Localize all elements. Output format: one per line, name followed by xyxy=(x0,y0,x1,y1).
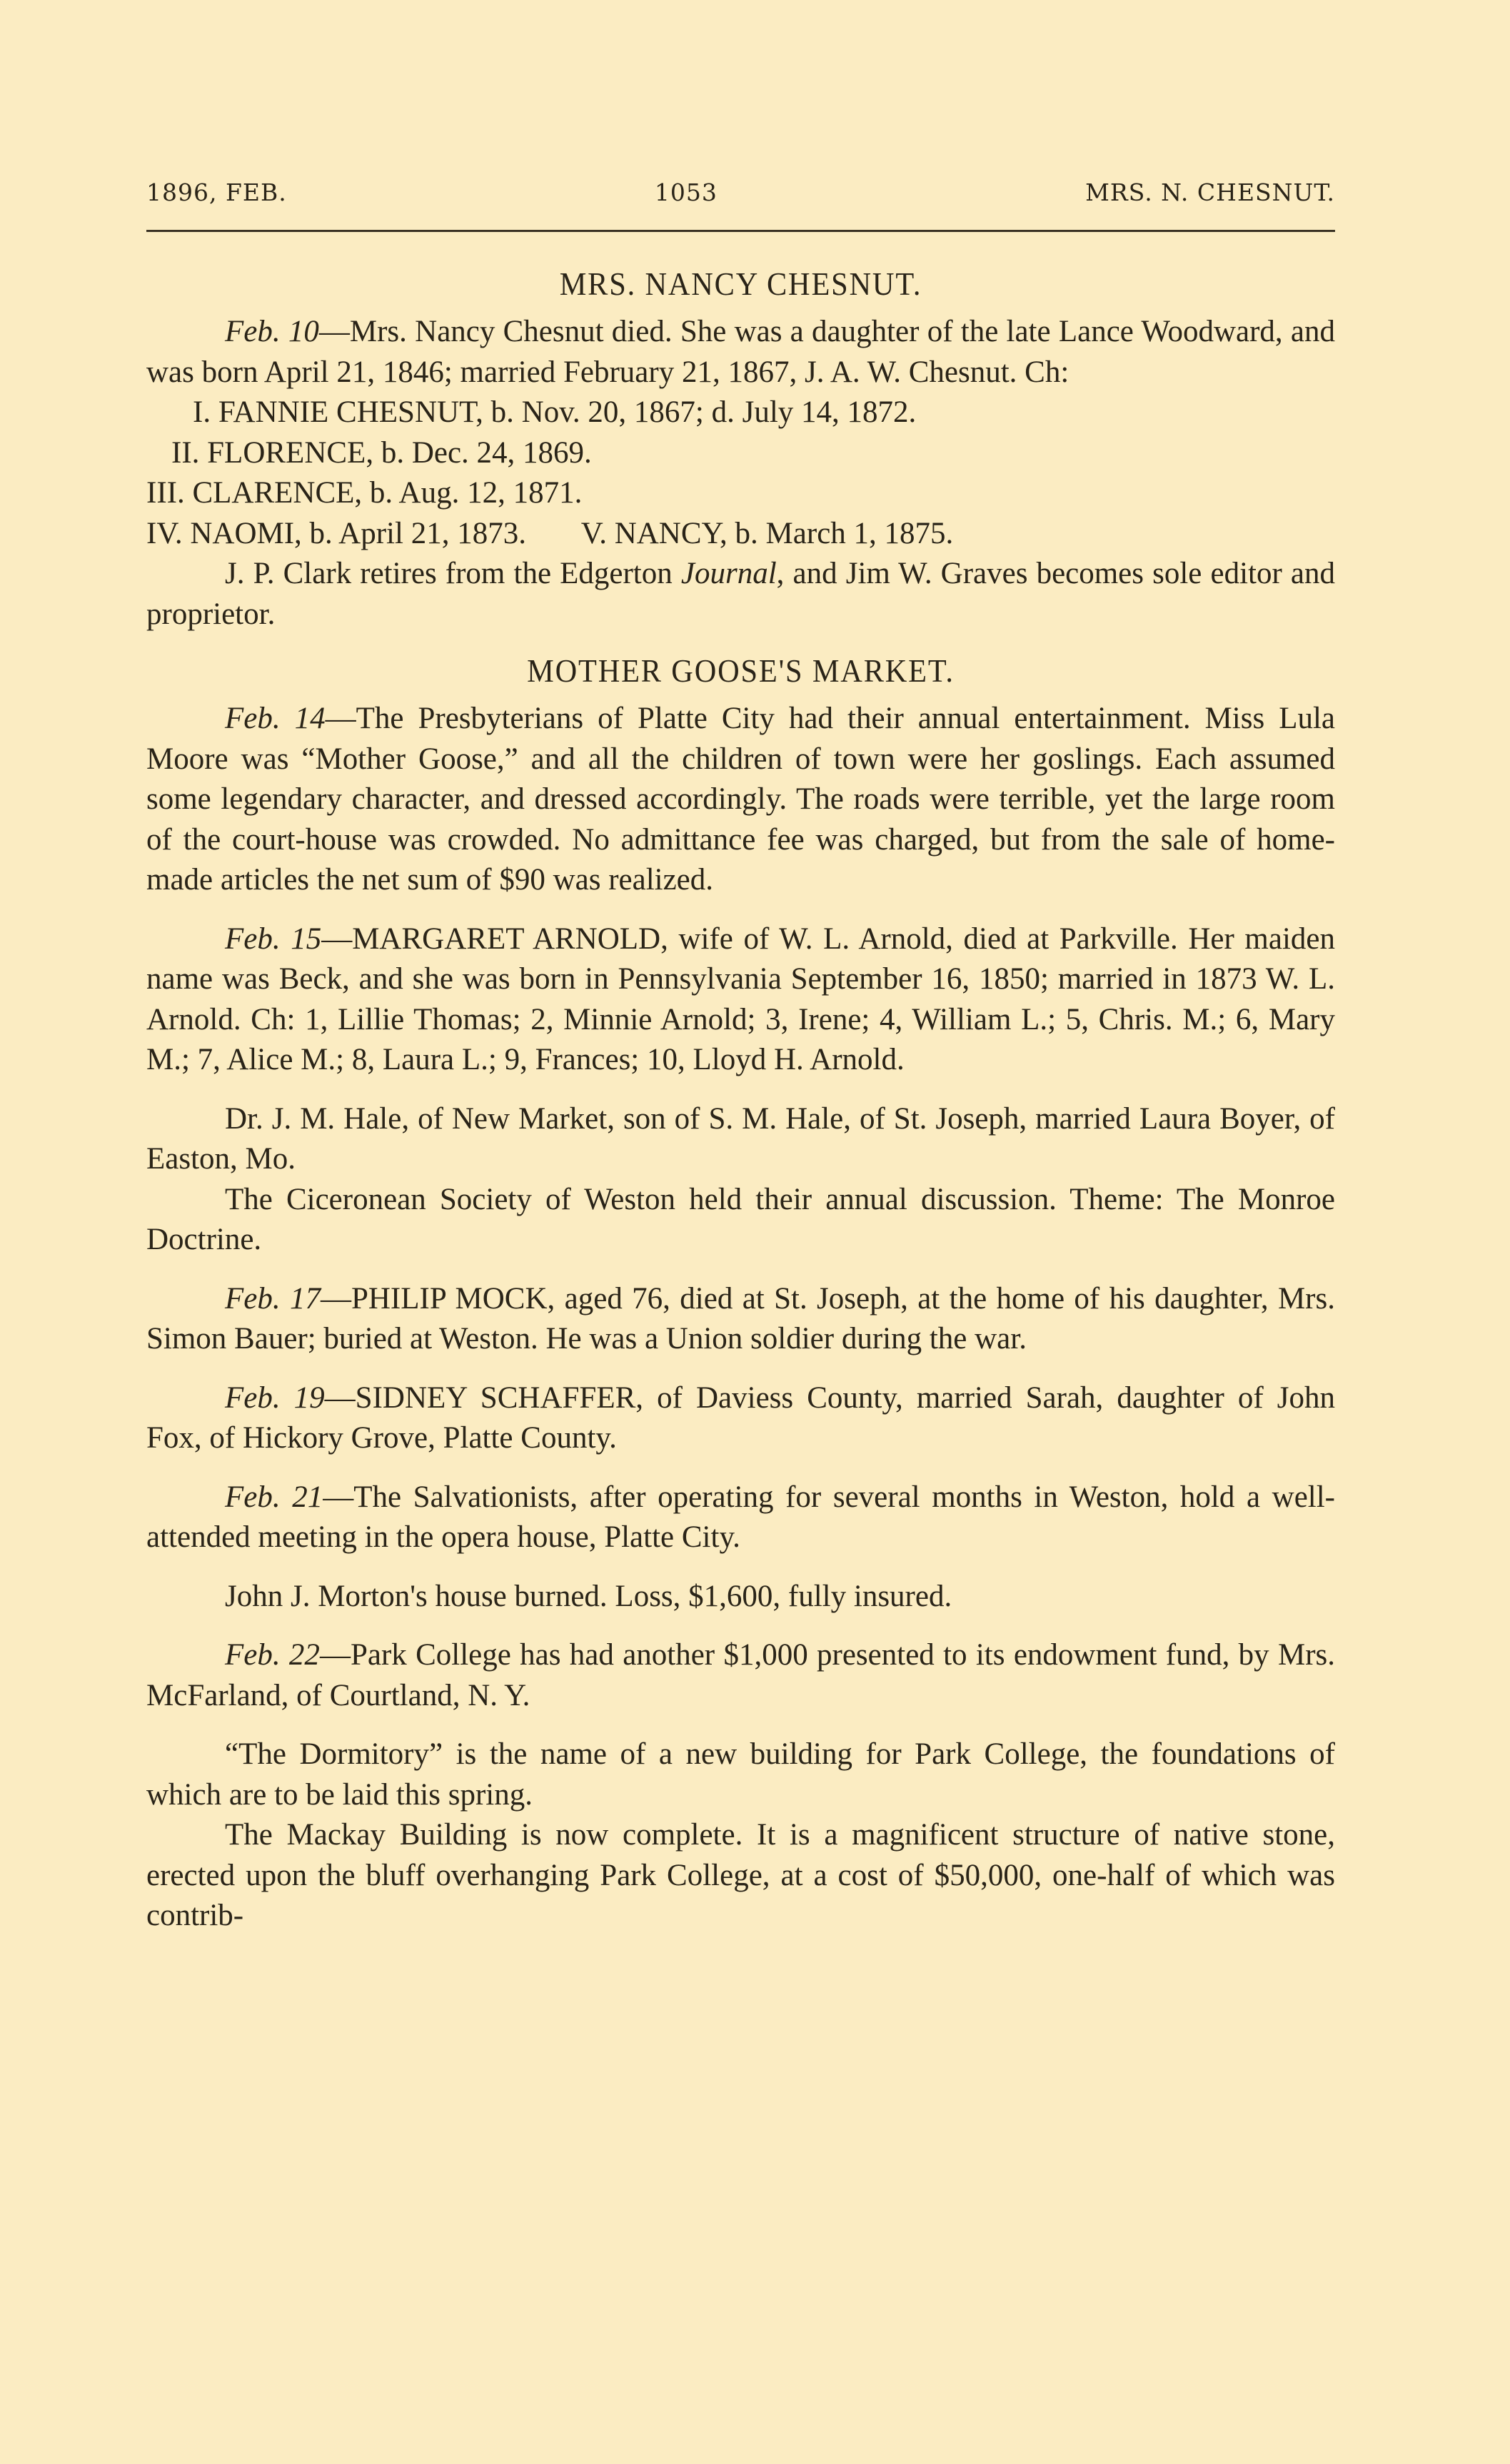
entry-feb-21: Feb. 21—The Salvationists, after operati… xyxy=(146,1478,1335,1558)
header-rule xyxy=(146,230,1335,232)
entry-text: The Mackay Building is now complete. It … xyxy=(146,1818,1335,1932)
entry-text: —PHILIP MOCK, aged 76, died at St. Josep… xyxy=(146,1282,1335,1356)
entry-feb-15: Feb. 15—MARGARET ARNOLD, wife of W. L. A… xyxy=(146,919,1335,1081)
section-title-chesnut: MRS. NANCY CHESNUT. xyxy=(194,263,1288,305)
page-number: 1053 xyxy=(655,178,718,206)
entry-feb-19: Feb. 19—SIDNEY SCHAFFER, of Daviess Coun… xyxy=(146,1378,1335,1459)
entry-journal-note: J. P. Clark retires from the Edgerton Jo… xyxy=(146,554,1335,635)
entry-feb-22: Feb. 22—Park College has had another $1,… xyxy=(146,1635,1335,1716)
entry-text: “The Dormitory” is the name of a new bui… xyxy=(146,1737,1335,1812)
entry-text: —The Presbyterians of Platte City had th… xyxy=(146,702,1335,897)
entry-date: Feb. 22 xyxy=(225,1638,320,1672)
entry-date: Feb. 14 xyxy=(225,702,326,735)
child-text: NAOMI, b. April 21, 1873. xyxy=(190,517,526,550)
entry-chesnut-death: Feb. 10—Mrs. Nancy Chesnut died. She was… xyxy=(146,312,1335,393)
entry-text: —The Salvationists, after operating for … xyxy=(146,1480,1335,1555)
entry-feb-14: Feb. 14—The Presbyterians of Platte City… xyxy=(146,699,1335,901)
entry-text: —Park College has had another $1,000 pre… xyxy=(146,1638,1335,1712)
entry-date: Feb. 17 xyxy=(225,1282,321,1316)
child-numeral: II. xyxy=(171,436,199,470)
entry-date: Feb. 19 xyxy=(225,1381,325,1415)
section-title-mother-goose: MOTHER GOOSE'S MARKET. xyxy=(194,650,1288,692)
child-numeral: IV. xyxy=(146,517,183,550)
entry-dormitory: “The Dormitory” is the name of a new bui… xyxy=(146,1735,1335,1815)
child-numeral: III. xyxy=(146,476,185,510)
child-item: IV. NAOMI, b. April 21, 1873. V. NANCY, … xyxy=(146,514,1335,555)
child-numeral: V. xyxy=(581,517,607,550)
child-text: NANCY, b. March 1, 1875. xyxy=(615,517,954,550)
entry-text: —Mrs. Nancy Chesnut died. She was a daug… xyxy=(146,315,1335,389)
child-text: CLARENCE, b. Aug. 12, 1871. xyxy=(192,476,582,510)
child-text: FLORENCE, b. Dec. 24, 1869. xyxy=(207,436,592,470)
entry-hale-marriage: Dr. J. M. Hale, of New Market, son of S.… xyxy=(146,1099,1335,1180)
child-item: III. CLARENCE, b. Aug. 12, 1871. xyxy=(146,473,1335,514)
entry-text: The Ciceronean Society of Weston held th… xyxy=(146,1183,1335,1257)
journal-name: Journal xyxy=(681,557,777,590)
child-numeral: I. xyxy=(193,395,211,429)
book-page: 1896, FEB. 1053 MRS. N. CHESNUT. MRS. NA… xyxy=(146,178,1335,1937)
entry-date: Feb. 21 xyxy=(225,1480,323,1514)
child-item: I. FANNIE CHESNUT, b. Nov. 20, 1867; d. … xyxy=(146,393,1335,433)
running-head-date: 1896, FEB. xyxy=(146,178,287,206)
running-head: 1896, FEB. 1053 MRS. N. CHESNUT. xyxy=(146,178,1335,214)
entry-ciceronean: The Ciceronean Society of Weston held th… xyxy=(146,1180,1335,1261)
child-text: FANNIE CHESNUT, b. Nov. 20, 1867; d. Jul… xyxy=(218,395,916,429)
entry-date: Feb. 10 xyxy=(225,315,319,348)
entry-morton-fire: John J. Morton's house burned. Loss, $1,… xyxy=(146,1577,1335,1617)
entry-date: Feb. 15 xyxy=(225,922,321,956)
entry-text: Dr. J. M. Hale, of New Market, son of S.… xyxy=(146,1102,1335,1176)
entry-text: John J. Morton's house burned. Loss, $1,… xyxy=(225,1580,952,1613)
entry-feb-17: Feb. 17—PHILIP MOCK, aged 76, died at St… xyxy=(146,1279,1335,1360)
journal-note-text: J. P. Clark retires from the Edgerton xyxy=(225,557,681,590)
child-item: II. FLORENCE, b. Dec. 24, 1869. xyxy=(146,433,1335,474)
entry-mackay-building: The Mackay Building is now complete. It … xyxy=(146,1815,1335,1937)
entry-text: —SIDNEY SCHAFFER, of Daviess County, mar… xyxy=(146,1381,1335,1455)
children-list: I. FANNIE CHESNUT, b. Nov. 20, 1867; d. … xyxy=(146,393,1335,554)
entry-text: —MARGARET ARNOLD, wife of W. L. Arnold, … xyxy=(146,922,1335,1077)
running-head-title: MRS. N. CHESNUT. xyxy=(1085,178,1335,206)
